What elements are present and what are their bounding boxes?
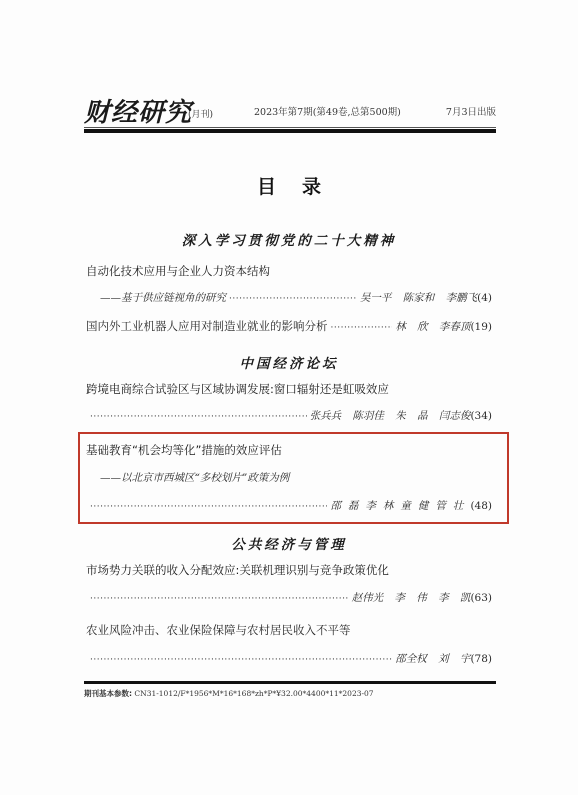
journal-parameters: 期刊基本参数: CN31-1012/F*1956*M*16*168*zh*P*¥… [84,688,374,699]
article-title-line: 农业风险冲击、农业保险保障与农村居民收入不平等 [86,622,492,638]
article-authors: 邵磊李林童健管壮 [330,498,470,514]
article-title-line: 自动化技术应用与企业人力资本结构 [86,263,492,279]
article-title-line: 国内外工业机器人应用对制造业就业的影响分析 林 欣 李春顶 (19) [86,318,492,336]
masthead: 财经研究 (月刊) 2023年第7期(第49卷,总第500期) 7月3日出版 [84,98,496,128]
leader-dots [90,409,307,425]
article-byline: 邵磊李林童健管壮 (48) [86,498,492,515]
article-page: (78) [470,651,492,667]
article-title[interactable]: 农业风险冲击、农业保险保障与农村居民收入不平等 [86,623,351,637]
leader-dots [90,591,349,607]
article-authors: 张兵兵 陈羽佳 朱 晶 闫志俊 [310,408,471,424]
article-subtitle: ——基于供应链视角的研究 [100,290,226,306]
article-subtitle: ——以北京市西城区“多校划片”政策为例 [100,472,289,484]
leader-dots [90,499,327,515]
article-subtitle-line: ——以北京市西城区“多校划片”政策为例 [86,469,492,486]
issue-info: 2023年第7期(第49卷,总第500期) [254,106,401,120]
section-heading: 中国经济论坛 [0,352,578,372]
article-byline: 张兵兵 陈羽佳 朱 晶 闫志俊 (34) [86,408,492,425]
article-page: (34) [470,408,492,424]
article-authors: 赵伟光 李 伟 李 凯 [352,590,471,606]
article-title[interactable]: 跨境电商综合试验区与区域协调发展:窗口辐射还是虹吸效应 [86,382,389,396]
article-title[interactable]: 国内外工业机器人应用对制造业就业的影响分析 [86,318,328,334]
journal-name: 财经研究 [84,98,192,128]
leader-dots [229,291,357,307]
article-byline: 赵伟光 李 伟 李 凯 (63) [86,590,492,607]
leader-dots [90,652,392,668]
article-title-line: 基础教育“机会均等化”措施的效应评估 [86,442,492,458]
article-byline: ——基于供应链视角的研究 吴一平 陈家和 李鹏飞 (4) [86,290,492,307]
article-page: (48) [470,498,492,514]
section-heading: 公共经济与管理 [0,533,578,553]
masthead-rule-thin [84,127,496,128]
parameters-label: 期刊基本参数: [84,689,132,698]
journal-frequency: (月刊) [188,108,213,122]
article-authors: 吴一平 陈家和 李鹏飞 [360,290,477,306]
leader-dots [331,320,393,336]
article-authors: 邵全权 刘 宇 [395,651,470,667]
article-title-line: 市场势力关联的收入分配效应:关联机理识别与竞争政策优化 [86,562,492,578]
toc-title: 目录 [0,172,578,199]
article-title[interactable]: 市场势力关联的收入分配效应:关联机理识别与竞争政策优化 [86,563,389,577]
footer-rule [84,681,496,684]
article-page: (19) [470,319,492,335]
article-title-line: 跨境电商综合试验区与区域协调发展:窗口辐射还是虹吸效应 [86,381,492,397]
publication-date: 7月3日出版 [446,106,496,120]
article-byline: 邵全权 刘 宇 (78) [86,651,492,668]
article-title[interactable]: 自动化技术应用与企业人力资本结构 [86,264,270,278]
parameters-value: CN31-1012/F*1956*M*16*168*zh*P*¥32.00*44… [134,689,373,698]
article-page: (4) [477,290,492,306]
article-authors: 林 欣 李春顶 [395,319,470,335]
article-title[interactable]: 基础教育“机会均等化”措施的效应评估 [86,443,282,457]
section-heading: 深入学习贯彻党的二十大精神 [0,229,578,249]
toc-page: 财经研究 (月刊) 2023年第7期(第49卷,总第500期) 7月3日出版 目… [0,0,578,795]
masthead-rule-thick [84,129,496,133]
article-page: (63) [470,590,492,606]
